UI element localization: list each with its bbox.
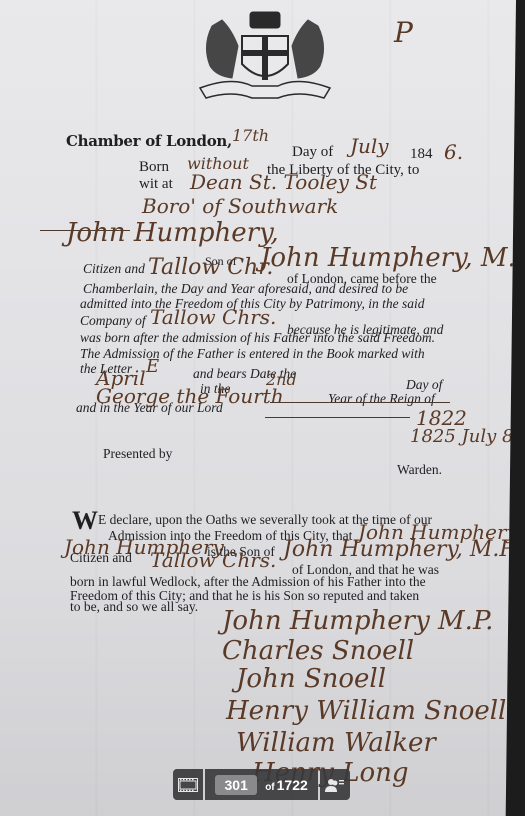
form-title: Chamber of London, — [66, 132, 232, 150]
handwritten-declaration-company: Tallow Chrs. — [150, 548, 276, 572]
filmstrip-button[interactable] — [173, 769, 203, 800]
handwritten-year: 6. — [444, 140, 463, 164]
signature: John Snoell — [236, 664, 386, 694]
document-page: P Chamber of London, 17th Day of July 18… — [0, 0, 516, 816]
handwritten-letter: E — [146, 356, 159, 377]
handwritten-date-1825: 1825 July 8th — [410, 426, 525, 447]
signature: John Humphery M.P. — [222, 606, 493, 636]
total-pages: 1722 — [277, 777, 308, 793]
handwritten-borough: Boro' of Southwark — [142, 194, 338, 218]
handwritten-day: 17th — [232, 126, 269, 145]
year-prefix: 184 — [410, 146, 433, 163]
user-list-icon — [325, 777, 345, 793]
handwritten-month: July — [350, 134, 389, 158]
declaration-dropcap: W — [72, 506, 98, 536]
body-line: Chamberlain, the Day and Year aforesaid,… — [83, 281, 408, 297]
wit-at-label: wit at — [139, 176, 173, 193]
presented-by-label: Presented by — [103, 446, 172, 462]
page-indicator: 301 of1722 — [205, 769, 318, 800]
company-of-label: Company of — [80, 313, 146, 329]
handwritten-father-name: John Humphery, M.P. — [260, 243, 525, 273]
handwritten-declaration-father: John Humphery, M.P. — [283, 537, 517, 562]
document-viewer: P Chamber of London, 17th Day of July 18… — [0, 0, 525, 816]
born-label: Born — [139, 159, 169, 176]
page-mark: P — [394, 16, 413, 49]
handwritten-applicant-name: John Humphery, — [66, 218, 279, 248]
body-line: and in the Year of our Lord — [76, 400, 223, 416]
body-line: Year of the Reign of — [328, 391, 435, 407]
body-line: was born after the admission of his Fath… — [80, 330, 435, 346]
signature: Henry William Snoell — [226, 696, 506, 726]
handwritten-place: Dean St. Tooley St — [190, 170, 377, 194]
handwritten-company: Tallow Chr. — [148, 255, 273, 280]
handwritten-company-2: Tallow Chrs. — [150, 305, 276, 329]
declaration-line: to be, and so we all say. — [70, 599, 198, 615]
of-label: of — [265, 782, 274, 793]
signature: William Walker — [236, 728, 436, 758]
declaration-line: Citizen and — [70, 550, 132, 566]
body-line: The Admission of the Father is entered i… — [80, 346, 425, 362]
people-index-button[interactable] — [320, 769, 350, 800]
total-pages-label: of1722 — [265, 777, 308, 793]
current-page-input[interactable]: 301 — [215, 775, 257, 795]
citizen-and-label: Citizen and — [83, 261, 145, 277]
page-navigation-toolbar: 301 of1722 — [173, 769, 350, 800]
filmstrip-icon — [178, 778, 198, 792]
city-of-london-crest-icon — [192, 6, 338, 104]
signature: Charles Snoell — [222, 636, 414, 666]
day-label: Day of — [292, 144, 333, 161]
warden-label: Warden. — [397, 462, 442, 478]
